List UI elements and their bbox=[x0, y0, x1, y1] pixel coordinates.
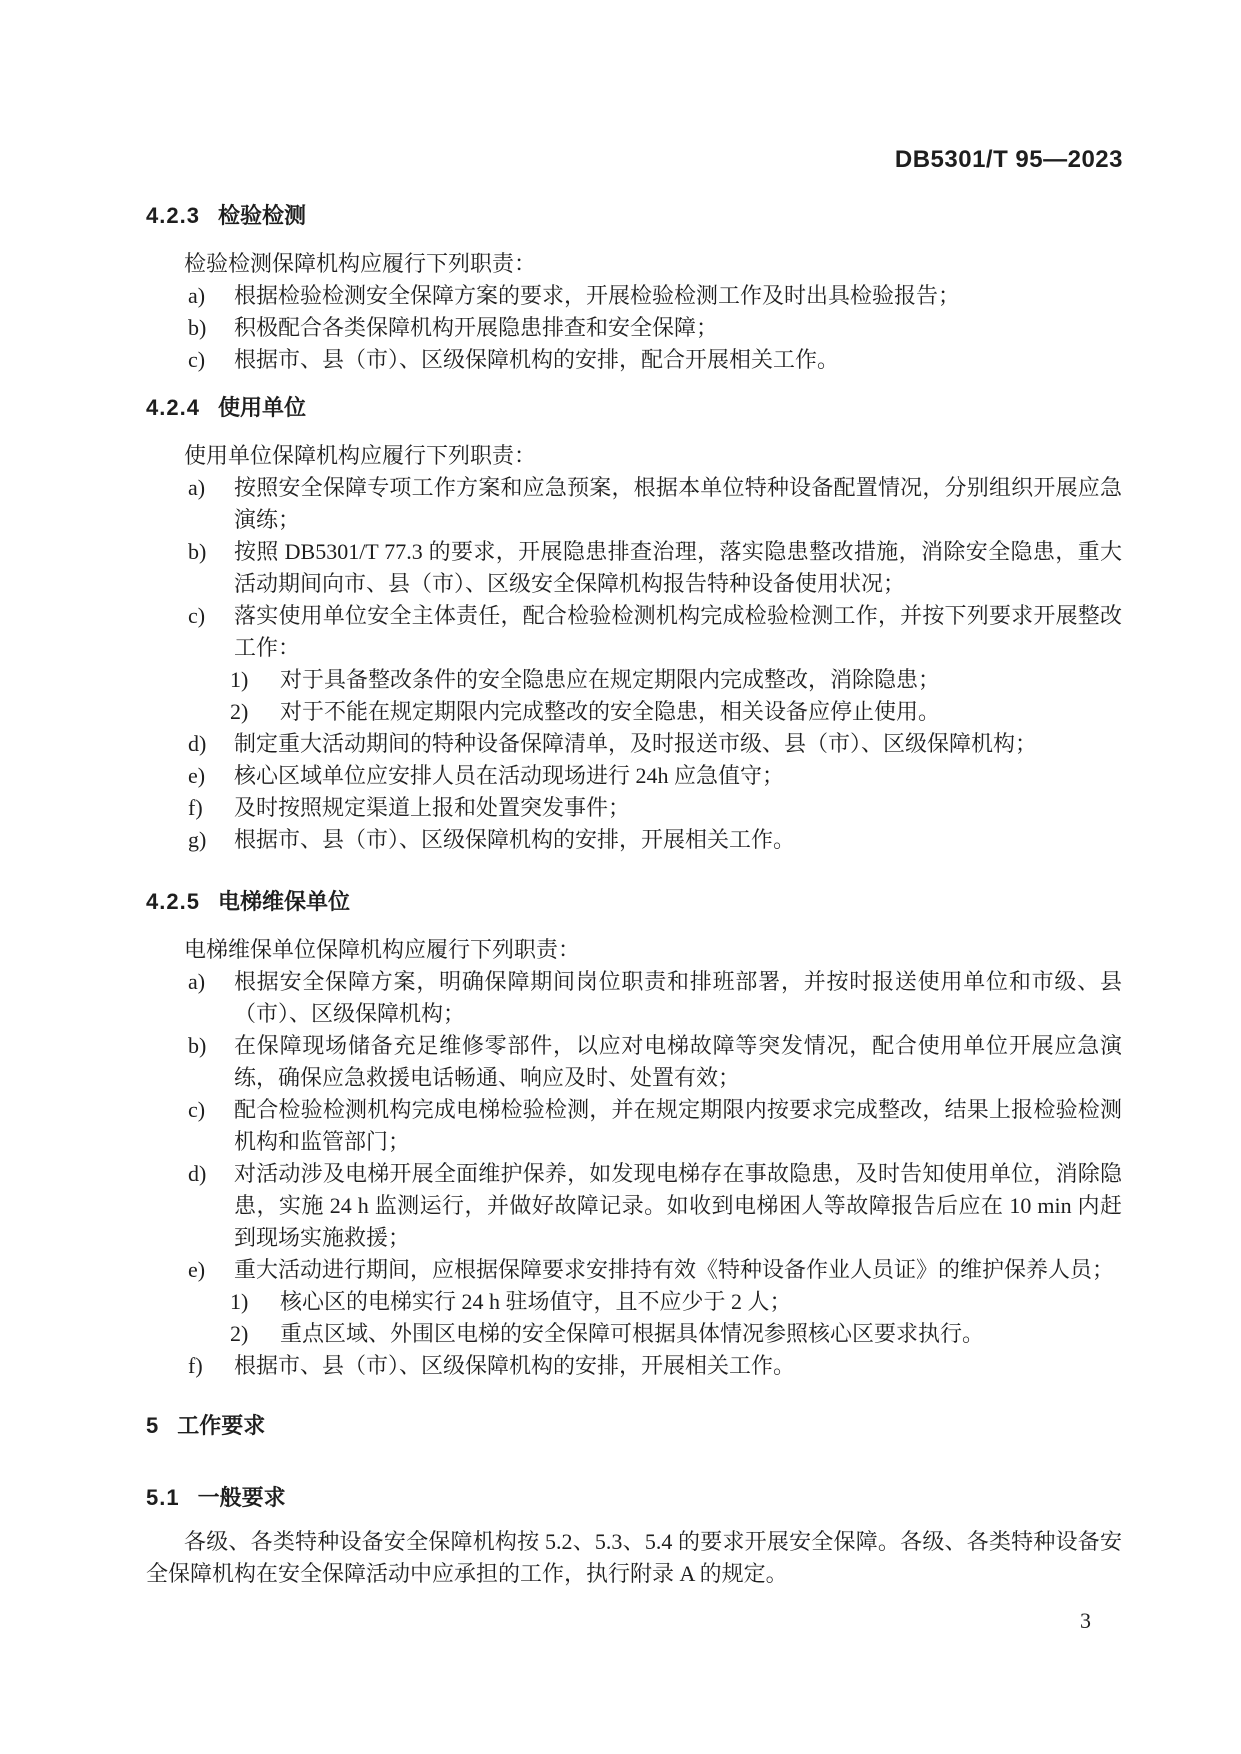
list-item-label: c) bbox=[188, 1094, 205, 1126]
sub-list-item-text: 对于具备整改条件的安全隐患应在规定期限内完成整改，消除隐患； bbox=[280, 667, 940, 692]
page-content: 4.2.3检验检测 检验检测保障机构应履行下列职责： a) 根据检验检测安全保障… bbox=[146, 200, 1122, 1590]
list-item: e) 核心区域单位应安排人员在活动现场进行 24h 应急值守； bbox=[146, 760, 1122, 792]
list-item-label: d) bbox=[188, 1158, 206, 1190]
list-item-text: 核心区域单位应安排人员在活动现场进行 24h 应急值守； bbox=[234, 763, 784, 788]
list-item-label: c) bbox=[188, 600, 205, 632]
list-item-label: c) bbox=[188, 344, 205, 376]
list-item: f) 及时按照规定渠道上报和处置突发事件； bbox=[146, 792, 1122, 824]
list-item-label: e) bbox=[188, 760, 205, 792]
list-4-2-3: a) 根据检验检测安全保障方案的要求，开展检验检测工作及时出具检验报告； b) … bbox=[146, 280, 1122, 376]
section-title: 使用单位 bbox=[218, 395, 306, 420]
list-item: d) 制定重大活动期间的特种设备保障清单，及时报送市级、县（市）、区级保障机构； bbox=[146, 728, 1122, 760]
list-item-text: 根据安全保障方案，明确保障期间岗位职责和排班部署，并按时报送使用单位和市级、县（… bbox=[234, 969, 1122, 1026]
section-number: 4.2.3 bbox=[146, 203, 200, 228]
chapter-title: 工作要求 bbox=[177, 1413, 265, 1438]
section-heading-4-2-4: 4.2.4使用单位 bbox=[146, 392, 1122, 424]
list-item: a) 根据安全保障方案，明确保障期间岗位职责和排班部署，并按时报送使用单位和市级… bbox=[146, 966, 1122, 1030]
sub-list-item: 2) 对于不能在规定期限内完成整改的安全隐患，相关设备应停止使用。 bbox=[146, 696, 1122, 728]
list-item: c) 配合检验检测机构完成电梯检验检测，并在规定期限内按要求完成整改，结果上报检… bbox=[146, 1094, 1122, 1158]
list-item-label: g) bbox=[188, 824, 206, 856]
body-paragraph: 各级、各类特种设备安全保障机构按 5.2、5.3、5.4 的要求开展安全保障。各… bbox=[146, 1526, 1122, 1590]
list-item-text: 在保障现场储备充足维修零部件，以应对电梯故障等突发情况，配合使用单位开展应急演练… bbox=[234, 1033, 1122, 1090]
section-number: 4.2.5 bbox=[146, 889, 200, 914]
sub-list-item-text: 核心区的电梯实行 24 h 驻场值守，且不应少于 2 人； bbox=[280, 1289, 792, 1314]
list-item-text: 及时按照规定渠道上报和处置突发事件； bbox=[234, 795, 630, 820]
doc-standard-number: DB5301/T 95—2023 bbox=[895, 146, 1123, 174]
section-intro: 检验检测保障机构应履行下列职责： bbox=[146, 248, 1122, 280]
list-item-text: 根据市、县（市）、区级保障机构的安排，开展相关工作。 bbox=[234, 827, 795, 852]
sub-list-item-label: 1) bbox=[230, 1286, 248, 1318]
list-item-label: a) bbox=[188, 472, 205, 504]
list-item-label: b) bbox=[188, 1030, 206, 1062]
section-title: 电梯维保单位 bbox=[218, 889, 350, 914]
list-item: b) 积极配合各类保障机构开展隐患排查和安全保障； bbox=[146, 312, 1122, 344]
sub-list-item-label: 2) bbox=[230, 696, 248, 728]
list-item-text: 重大活动进行期间，应根据保障要求安排持有效《特种设备作业人员证》的维护保养人员； bbox=[234, 1257, 1114, 1282]
sub-list-item-label: 1) bbox=[230, 664, 248, 696]
section-intro: 使用单位保障机构应履行下列职责： bbox=[146, 440, 1122, 472]
list-item-text: 落实使用单位安全主体责任，配合检验检测机构完成检验检测工作，并按下列要求开展整改… bbox=[234, 603, 1122, 660]
list-item-label: a) bbox=[188, 966, 205, 998]
section-title: 检验检测 bbox=[218, 203, 306, 228]
sub-list-item-text: 重点区域、外围区电梯的安全保障可根据具体情况参照核心区要求执行。 bbox=[280, 1321, 984, 1346]
list-item: c) 落实使用单位安全主体责任，配合检验检测机构完成检验检测工作，并按下列要求开… bbox=[146, 600, 1122, 664]
section-title: 一般要求 bbox=[198, 1485, 286, 1510]
list-item: e) 重大活动进行期间，应根据保障要求安排持有效《特种设备作业人员证》的维护保养… bbox=[146, 1254, 1122, 1286]
list-item-label: f) bbox=[188, 1350, 203, 1382]
sub-list-item: 1) 核心区的电梯实行 24 h 驻场值守，且不应少于 2 人； bbox=[146, 1286, 1122, 1318]
list-item: a) 根据检验检测安全保障方案的要求，开展检验检测工作及时出具检验报告； bbox=[146, 280, 1122, 312]
list-item: d) 对活动涉及电梯开展全面维护保养，如发现电梯存在事故隐患，及时告知使用单位，… bbox=[146, 1158, 1122, 1254]
section-number: 4.2.4 bbox=[146, 395, 200, 420]
list-item: f) 根据市、县（市）、区级保障机构的安排，开展相关工作。 bbox=[146, 1350, 1122, 1382]
list-item-text: 按照 DB5301/T 77.3 的要求，开展隐患排查治理，落实隐患整改措施，消… bbox=[234, 539, 1122, 596]
sub-list-item: 1) 对于具备整改条件的安全隐患应在规定期限内完成整改，消除隐患； bbox=[146, 664, 1122, 696]
list-item-label: d) bbox=[188, 728, 206, 760]
sub-list-item-label: 2) bbox=[230, 1318, 248, 1350]
section-intro: 电梯维保单位保障机构应履行下列职责： bbox=[146, 934, 1122, 966]
section-heading-4-2-5: 4.2.5电梯维保单位 bbox=[146, 886, 1122, 918]
list-4-2-5: a) 根据安全保障方案，明确保障期间岗位职责和排班部署，并按时报送使用单位和市级… bbox=[146, 966, 1122, 1382]
list-item: b) 在保障现场储备充足维修零部件，以应对电梯故障等突发情况，配合使用单位开展应… bbox=[146, 1030, 1122, 1094]
section-number: 5.1 bbox=[146, 1485, 180, 1510]
section-heading-4-2-3: 4.2.3检验检测 bbox=[146, 200, 1122, 232]
page-number: 3 bbox=[1080, 1608, 1091, 1634]
list-item-text: 按照安全保障专项工作方案和应急预案，根据本单位特种设备配置情况，分别组织开展应急… bbox=[234, 475, 1122, 532]
list-item-text: 对活动涉及电梯开展全面维护保养，如发现电梯存在事故隐患，及时告知使用单位，消除隐… bbox=[234, 1161, 1122, 1250]
list-item: g) 根据市、县（市）、区级保障机构的安排，开展相关工作。 bbox=[146, 824, 1122, 856]
sub-list-item: 2) 重点区域、外围区电梯的安全保障可根据具体情况参照核心区要求执行。 bbox=[146, 1318, 1122, 1350]
list-item-label: b) bbox=[188, 312, 206, 344]
list-4-2-4: a) 按照安全保障专项工作方案和应急预案，根据本单位特种设备配置情况，分别组织开… bbox=[146, 472, 1122, 856]
chapter-heading-5: 5工作要求 bbox=[146, 1410, 1122, 1442]
list-item-text: 配合检验检测机构完成电梯检验检测，并在规定期限内按要求完成整改，结果上报检验检测… bbox=[234, 1097, 1122, 1154]
list-item-label: e) bbox=[188, 1254, 205, 1286]
list-item-label: a) bbox=[188, 280, 205, 312]
list-item: a) 按照安全保障专项工作方案和应急预案，根据本单位特种设备配置情况，分别组织开… bbox=[146, 472, 1122, 536]
list-item-label: b) bbox=[188, 536, 206, 568]
list-item-text: 制定重大活动期间的特种设备保障清单，及时报送市级、县（市）、区级保障机构； bbox=[234, 731, 1037, 756]
list-item-text: 根据检验检测安全保障方案的要求，开展检验检测工作及时出具检验报告； bbox=[234, 283, 960, 308]
list-item: c) 根据市、县（市）、区级保障机构的安排，配合开展相关工作。 bbox=[146, 344, 1122, 376]
list-item-text: 积极配合各类保障机构开展隐患排查和安全保障； bbox=[234, 315, 718, 340]
section-heading-5-1: 5.1一般要求 bbox=[146, 1482, 1122, 1514]
document-page: DB5301/T 95—2023 4.2.3检验检测 检验检测保障机构应履行下列… bbox=[0, 0, 1241, 1754]
list-item-label: f) bbox=[188, 792, 203, 824]
chapter-number: 5 bbox=[146, 1413, 159, 1438]
sub-list-item-text: 对于不能在规定期限内完成整改的安全隐患，相关设备应停止使用。 bbox=[280, 699, 940, 724]
list-item-text: 根据市、县（市）、区级保障机构的安排，配合开展相关工作。 bbox=[234, 347, 839, 372]
list-item: b) 按照 DB5301/T 77.3 的要求，开展隐患排查治理，落实隐患整改措… bbox=[146, 536, 1122, 600]
list-item-text: 根据市、县（市）、区级保障机构的安排，开展相关工作。 bbox=[234, 1353, 795, 1378]
